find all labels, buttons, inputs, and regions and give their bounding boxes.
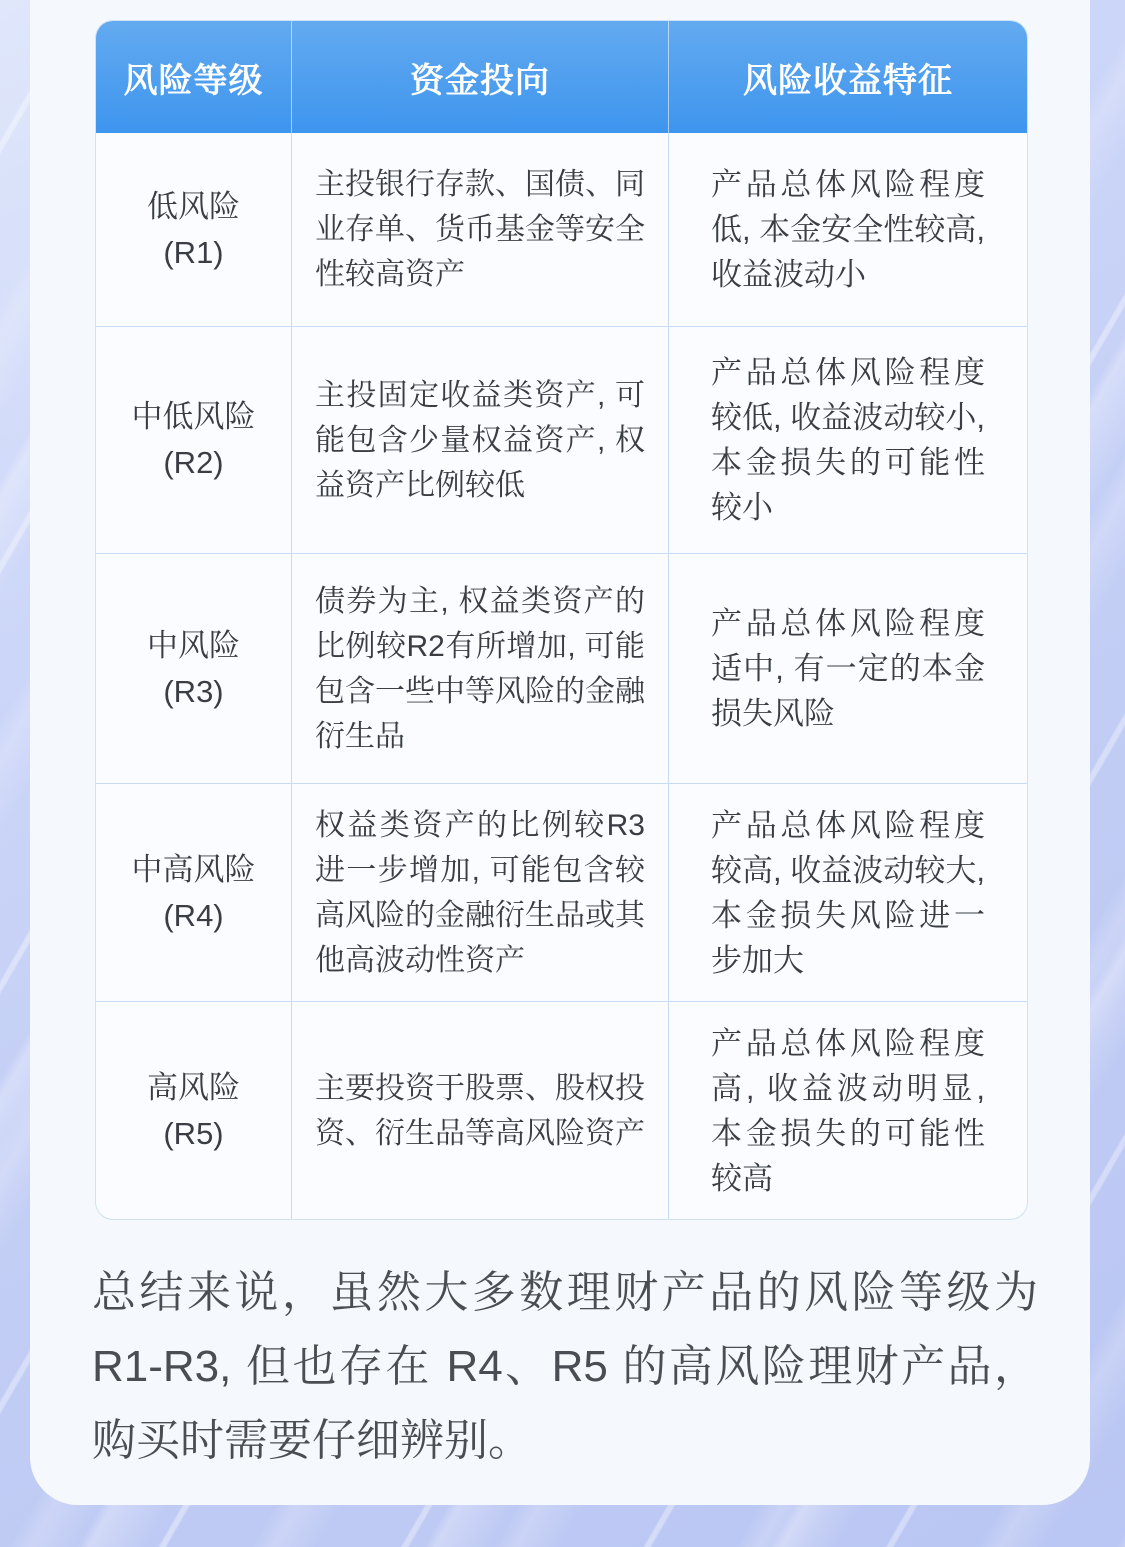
risk-level-name: 中风险 [147, 623, 240, 669]
cell-risk-level: 中风险 (R3) [96, 554, 292, 783]
cell-investment: 权益类资产的比例较R3进一步增加, 可能包含较高风险的金融衍生品或其他高波动性资… [292, 784, 669, 1001]
cell-feature: 产品总体风险程度低, 本金安全性较高, 收益波动小 [669, 133, 1027, 326]
risk-level-name: 低风险 [147, 184, 240, 230]
table-row-r1: 低风险 (R1) 主投银行存款、国债、同业存单、货币基金等安全性较高资产 产品总… [96, 133, 1027, 326]
header-feature: 风险收益特征 [669, 21, 1027, 133]
feature-text: 产品总体风险程度较低, 收益波动较小, 本金损失的可能性较小 [711, 350, 985, 530]
cell-risk-level: 低风险 (R1) [96, 133, 292, 326]
cell-investment: 主投固定收益类资产, 可能包含少量权益资产, 权益资产比例较低 [292, 327, 669, 553]
risk-level-name: 中高风险 [132, 847, 256, 893]
table-row-r2: 中低风险 (R2) 主投固定收益类资产, 可能包含少量权益资产, 权益资产比例较… [96, 326, 1027, 553]
table-row-r4: 中高风险 (R4) 权益类资产的比例较R3进一步增加, 可能包含较高风险的金融衍… [96, 783, 1027, 1001]
investment-text: 主投银行存款、国债、同业存单、货币基金等安全性较高资产 [315, 162, 645, 297]
cell-feature: 产品总体风险程度较高, 收益波动较大, 本金损失风险进一步加大 [669, 784, 1027, 1001]
risk-level-code: (R5) [163, 1111, 223, 1157]
risk-level-code: (R2) [163, 440, 223, 486]
risk-level-table: 风险等级 资金投向 风险收益特征 低风险 (R1) 主投银行存款、国债、同业存单… [95, 20, 1028, 1220]
cell-risk-level: 高风险 (R5) [96, 1002, 292, 1219]
cell-investment: 债券为主, 权益类资产的比例较R2有所增加, 可能包含一些中等风险的金融衍生品 [292, 554, 669, 783]
investment-text: 主投固定收益类资产, 可能包含少量权益资产, 权益资产比例较低 [315, 373, 645, 508]
header-risk-level: 风险等级 [96, 21, 292, 133]
table-header-row: 风险等级 资金投向 风险收益特征 [96, 21, 1027, 133]
investment-text: 债券为主, 权益类资产的比例较R2有所增加, 可能包含一些中等风险的金融衍生品 [315, 579, 645, 759]
cell-feature: 产品总体风险程度适中, 有一定的本金损失风险 [669, 554, 1027, 783]
risk-level-code: (R4) [163, 893, 223, 939]
cell-risk-level: 中高风险 (R4) [96, 784, 292, 1001]
header-investment: 资金投向 [292, 21, 669, 133]
table-row-r3: 中风险 (R3) 债券为主, 权益类资产的比例较R2有所增加, 可能包含一些中等… [96, 553, 1027, 783]
cell-investment: 主投银行存款、国债、同业存单、货币基金等安全性较高资产 [292, 133, 669, 326]
risk-level-code: (R3) [163, 669, 223, 715]
table-row-r5: 高风险 (R5) 主要投资于股票、股权投资、衍生品等高风险资产 产品总体风险程度… [96, 1001, 1027, 1219]
investment-text: 权益类资产的比例较R3进一步增加, 可能包含较高风险的金融衍生品或其他高波动性资… [315, 803, 645, 983]
summary-paragraph: 总结来说，虽然大多数理财产品的风险等级为R1-R3, 但也存在 R4、R5 的高… [92, 1256, 1038, 1478]
risk-level-name: 高风险 [147, 1065, 240, 1111]
feature-text: 产品总体风险程度较高, 收益波动较大, 本金损失风险进一步加大 [711, 803, 985, 983]
investment-text: 主要投资于股票、股权投资、衍生品等高风险资产 [315, 1066, 645, 1156]
feature-text: 产品总体风险程度适中, 有一定的本金损失风险 [711, 601, 985, 736]
cell-investment: 主要投资于股票、股权投资、衍生品等高风险资产 [292, 1002, 669, 1219]
feature-text: 产品总体风险程度高, 收益波动明显, 本金损失的可能性较高 [711, 1021, 985, 1201]
cell-risk-level: 中低风险 (R2) [96, 327, 292, 553]
content-card: 风险等级 资金投向 风险收益特征 低风险 (R1) 主投银行存款、国债、同业存单… [30, 0, 1090, 1505]
feature-text: 产品总体风险程度低, 本金安全性较高, 收益波动小 [711, 162, 985, 297]
risk-level-name: 中低风险 [132, 394, 256, 440]
cell-feature: 产品总体风险程度高, 收益波动明显, 本金损失的可能性较高 [669, 1002, 1027, 1219]
risk-level-code: (R1) [163, 230, 223, 276]
cell-feature: 产品总体风险程度较低, 收益波动较小, 本金损失的可能性较小 [669, 327, 1027, 553]
